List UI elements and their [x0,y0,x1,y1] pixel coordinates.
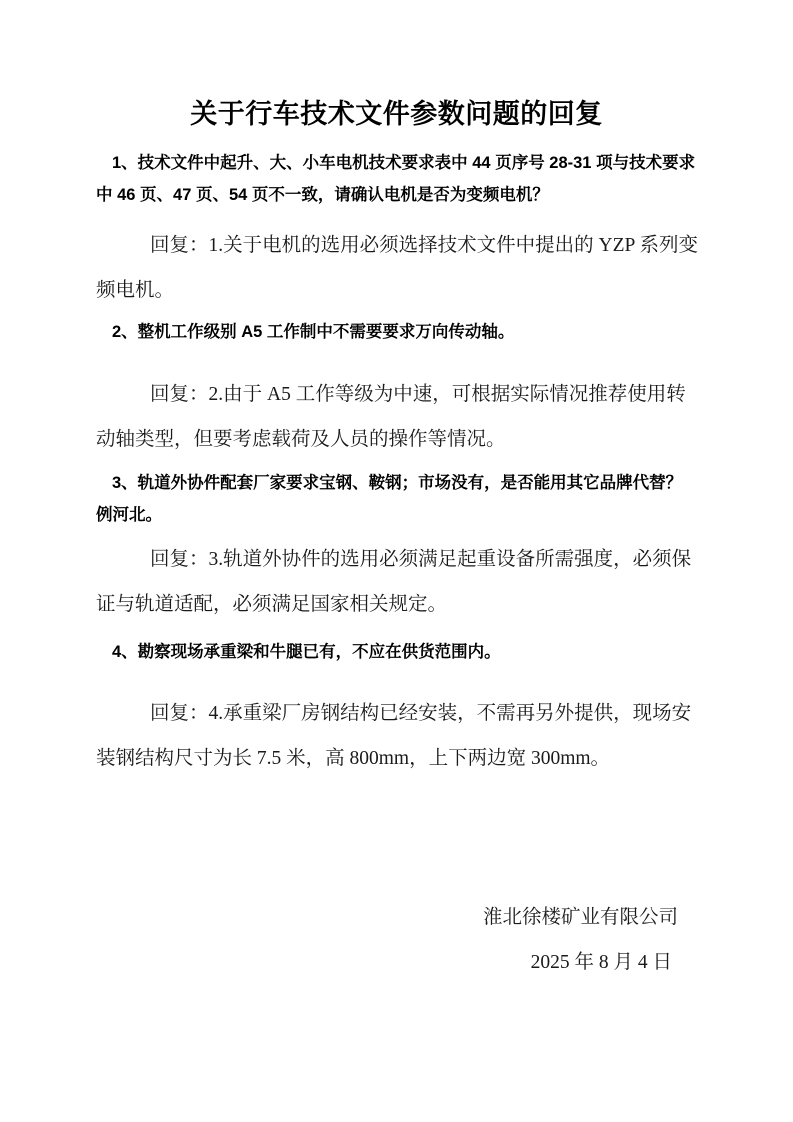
signature-company: 淮北徐楼矿业有限公司 [483,903,678,933]
signature-date: 2025 年 8 月 4 日 [531,948,672,978]
reply-1-line-2: 频电机。 [96,268,702,313]
reply-paragraph-4: 回复：4.承重梁厂房钢结构已经安装，不需再另外提供，现场安 装钢结构尺寸为长 7… [96,691,702,781]
reply-3-line-2: 证与轨道适配，必须满足国家相关规定。 [96,582,702,627]
reply-4-line-1: 回复：4.承重梁厂房钢结构已经安装，不需再另外提供，现场安 [96,691,702,736]
question-2-line-1: 2、整机工作级别 A5 工作制中不需要要求万向传动轴。 [96,317,702,349]
reply-2-line-2: 动轴类型，但要考虑载荷及人员的操作等情况。 [96,417,702,462]
reply-paragraph-1: 回复：1.关于电机的选用必须选择技术文件中提出的 YZP 系列变 频电机。 [96,223,702,313]
question-paragraph-4: 4、勘察现场承重梁和牛腿已有，不应在供货范围内。 [96,637,702,669]
question-3-line-1: 3、轨道外协件配套厂家要求宝钢、鞍钢；市场没有，是否能用其它品牌代替？ [96,468,702,500]
reply-2-line-1: 回复：2.由于 A5 工作等级为中速，可根据实际情况推荐使用转 [96,372,702,417]
question-paragraph-1: 1、技术文件中起升、大、小车电机技术要求表中 44 页序号 28-31 项与技术… [96,148,702,211]
question-paragraph-2: 2、整机工作级别 A5 工作制中不需要要求万向传动轴。 [96,317,702,349]
question-4-line-1: 4、勘察现场承重梁和牛腿已有，不应在供货范围内。 [96,637,702,669]
reply-paragraph-3: 回复：3.轨道外协件的选用必须满足起重设备所需强度，必须保 证与轨道适配，必须满… [96,537,702,627]
reply-3-line-1: 回复：3.轨道外协件的选用必须满足起重设备所需强度，必须保 [96,537,702,582]
question-1-line-2: 中 46 页、47 页、54 页不一致，请确认电机是否为变频电机？ [96,180,702,212]
reply-paragraph-2: 回复：2.由于 A5 工作等级为中速，可根据实际情况推荐使用转 动轴类型，但要考… [96,372,702,462]
question-3-line-2: 例河北。 [96,500,702,532]
question-paragraph-3: 3、轨道外协件配套厂家要求宝钢、鞍钢；市场没有，是否能用其它品牌代替？ 例河北。 [96,468,702,531]
document-page: 关于行车技术文件参数问题的回复 1、技术文件中起升、大、小车电机技术要求表中 4… [0,0,793,1122]
question-1-line-1: 1、技术文件中起升、大、小车电机技术要求表中 44 页序号 28-31 项与技术… [96,148,702,180]
document-title: 关于行车技术文件参数问题的回复 [0,96,793,133]
reply-4-line-2: 装钢结构尺寸为长 7.5 米，高 800mm，上下两边宽 300mm。 [96,736,702,781]
reply-1-line-1: 回复：1.关于电机的选用必须选择技术文件中提出的 YZP 系列变 [96,223,702,268]
